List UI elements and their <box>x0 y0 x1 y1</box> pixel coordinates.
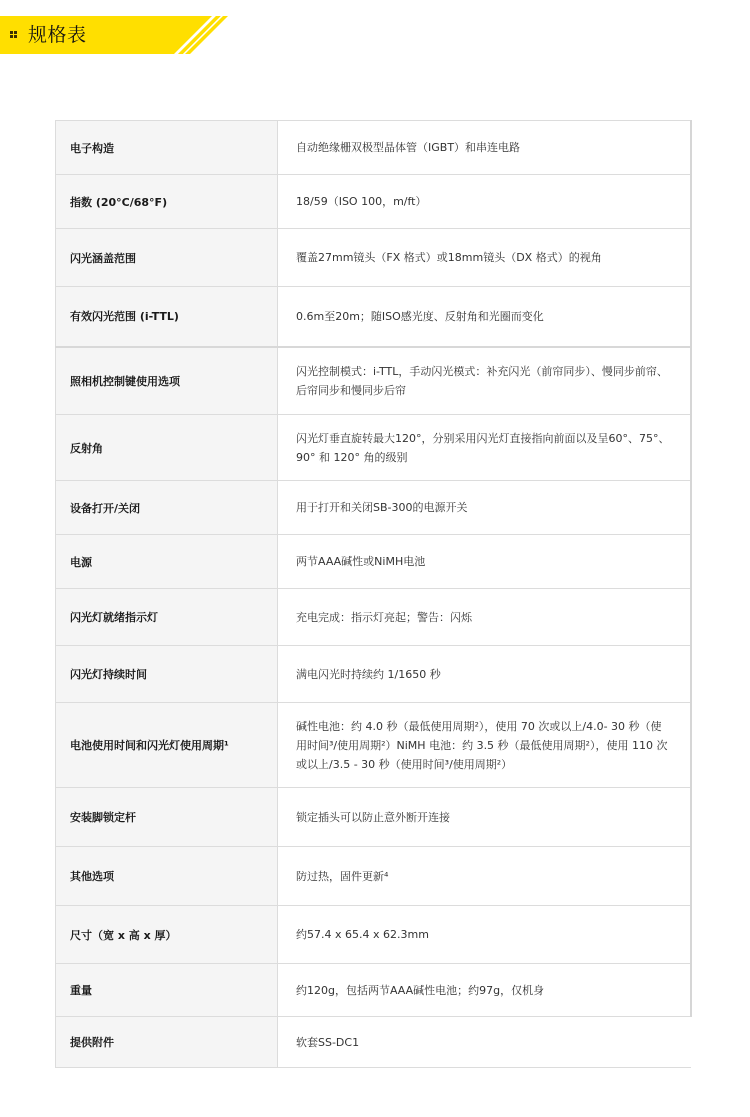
spec-value: 闪光控制模式：i-TTL，手动闪光模式：补充闪光（前帘同步）、慢同步前帘、后帘同… <box>278 347 692 415</box>
spec-label: 指数 (20°C/68°F) <box>56 175 278 229</box>
spec-value: 防过热，固件更新⁴ <box>278 847 692 906</box>
spec-value: 约120g，包括两节AAA碱性电池；约97g，仅机身 <box>278 964 692 1017</box>
table-row: 闪光灯就绪指示灯 充电完成：指示灯亮起；警告：闪烁 <box>56 589 692 646</box>
four-dot-bullet-icon <box>10 31 18 39</box>
spec-label: 提供附件 <box>56 1017 278 1068</box>
table-row: 安装脚锁定杆 锁定插头可以防止意外断开连接 <box>56 788 692 847</box>
spec-label: 电子构造 <box>56 121 278 175</box>
spec-label: 电池使用时间和闪光灯使用周期¹ <box>56 703 278 788</box>
table-row: 电池使用时间和闪光灯使用周期¹ 碱性电池：约 4.0 秒（最低使用周期²），使用… <box>56 703 692 788</box>
spec-value: 闪光灯垂直旋转最大120°，分别采用闪光灯直接指向前面以及呈60°、75°、90… <box>278 415 692 481</box>
spec-label: 电源 <box>56 535 278 589</box>
spec-value: 覆盖27mm镜头（FX 格式）或18mm镜头（DX 格式）的视角 <box>278 229 692 287</box>
table-row: 其他选项 防过热，固件更新⁴ <box>56 847 692 906</box>
table-row: 指数 (20°C/68°F) 18/59（ISO 100，m/ft） <box>56 175 692 229</box>
spec-value: 两节AAA碱性或NiMH电池 <box>278 535 692 589</box>
table-row: 电子构造 自动绝缘栅双极型晶体管（IGBT）和串连电路 <box>56 121 692 175</box>
spec-value: 充电完成：指示灯亮起；警告：闪烁 <box>278 589 692 646</box>
table-row: 反射角 闪光灯垂直旋转最大120°，分别采用闪光灯直接指向前面以及呈60°、75… <box>56 415 692 481</box>
spec-value: 0.6m至20m；随ISO感光度、反射角和光圈而变化 <box>278 287 692 347</box>
table-row: 闪光涵盖范围 覆盖27mm镜头（FX 格式）或18mm镜头（DX 格式）的视角 <box>56 229 692 287</box>
table-row: 尺寸（宽 x 高 x 厚） 约57.4 x 65.4 x 62.3mm <box>56 906 692 964</box>
spec-label: 尺寸（宽 x 高 x 厚） <box>56 906 278 964</box>
table-row: 提供附件 软套SS-DC1 <box>56 1017 692 1068</box>
table-row: 电源 两节AAA碱性或NiMH电池 <box>56 535 692 589</box>
table-row: 有效闪光范围 (i-TTL) 0.6m至20m；随ISO感光度、反射角和光圈而变… <box>56 287 692 347</box>
spec-label: 闪光涵盖范围 <box>56 229 278 287</box>
spec-value: 满电闪光时持续约 1/1650 秒 <box>278 646 692 703</box>
spec-label: 安装脚锁定杆 <box>56 788 278 847</box>
spec-label: 照相机控制键使用选项 <box>56 347 278 415</box>
spec-label: 闪光灯持续时间 <box>56 646 278 703</box>
table-row: 闪光灯持续时间 满电闪光时持续约 1/1650 秒 <box>56 646 692 703</box>
spec-value: 自动绝缘栅双极型晶体管（IGBT）和串连电路 <box>278 121 692 175</box>
spec-value: 18/59（ISO 100，m/ft） <box>278 175 692 229</box>
spec-label: 闪光灯就绪指示灯 <box>56 589 278 646</box>
spec-value: 碱性电池：约 4.0 秒（最低使用周期²），使用 70 次或以上/4.0- 30… <box>278 703 692 788</box>
spec-label: 其他选项 <box>56 847 278 906</box>
table-row: 重量 约120g，包括两节AAA碱性电池；约97g，仅机身 <box>56 964 692 1017</box>
table-row: 照相机控制键使用选项 闪光控制模式：i-TTL，手动闪光模式：补充闪光（前帘同步… <box>56 347 692 415</box>
section-header-banner: 规格表 <box>0 16 230 54</box>
spec-value: 约57.4 x 65.4 x 62.3mm <box>278 906 692 964</box>
spec-value: 软套SS-DC1 <box>278 1017 692 1068</box>
spec-label: 有效闪光范围 (i-TTL) <box>56 287 278 347</box>
spec-table: 电子构造 自动绝缘栅双极型晶体管（IGBT）和串连电路 指数 (20°C/68°… <box>55 120 692 1068</box>
spec-value: 用于打开和关闭SB-300的电源开关 <box>278 481 692 535</box>
table-row: 设备打开/关闭 用于打开和关闭SB-300的电源开关 <box>56 481 692 535</box>
page-title: 规格表 <box>28 22 87 48</box>
spec-label: 重量 <box>56 964 278 1017</box>
spec-label: 反射角 <box>56 415 278 481</box>
spec-value: 锁定插头可以防止意外断开连接 <box>278 788 692 847</box>
spec-label: 设备打开/关闭 <box>56 481 278 535</box>
